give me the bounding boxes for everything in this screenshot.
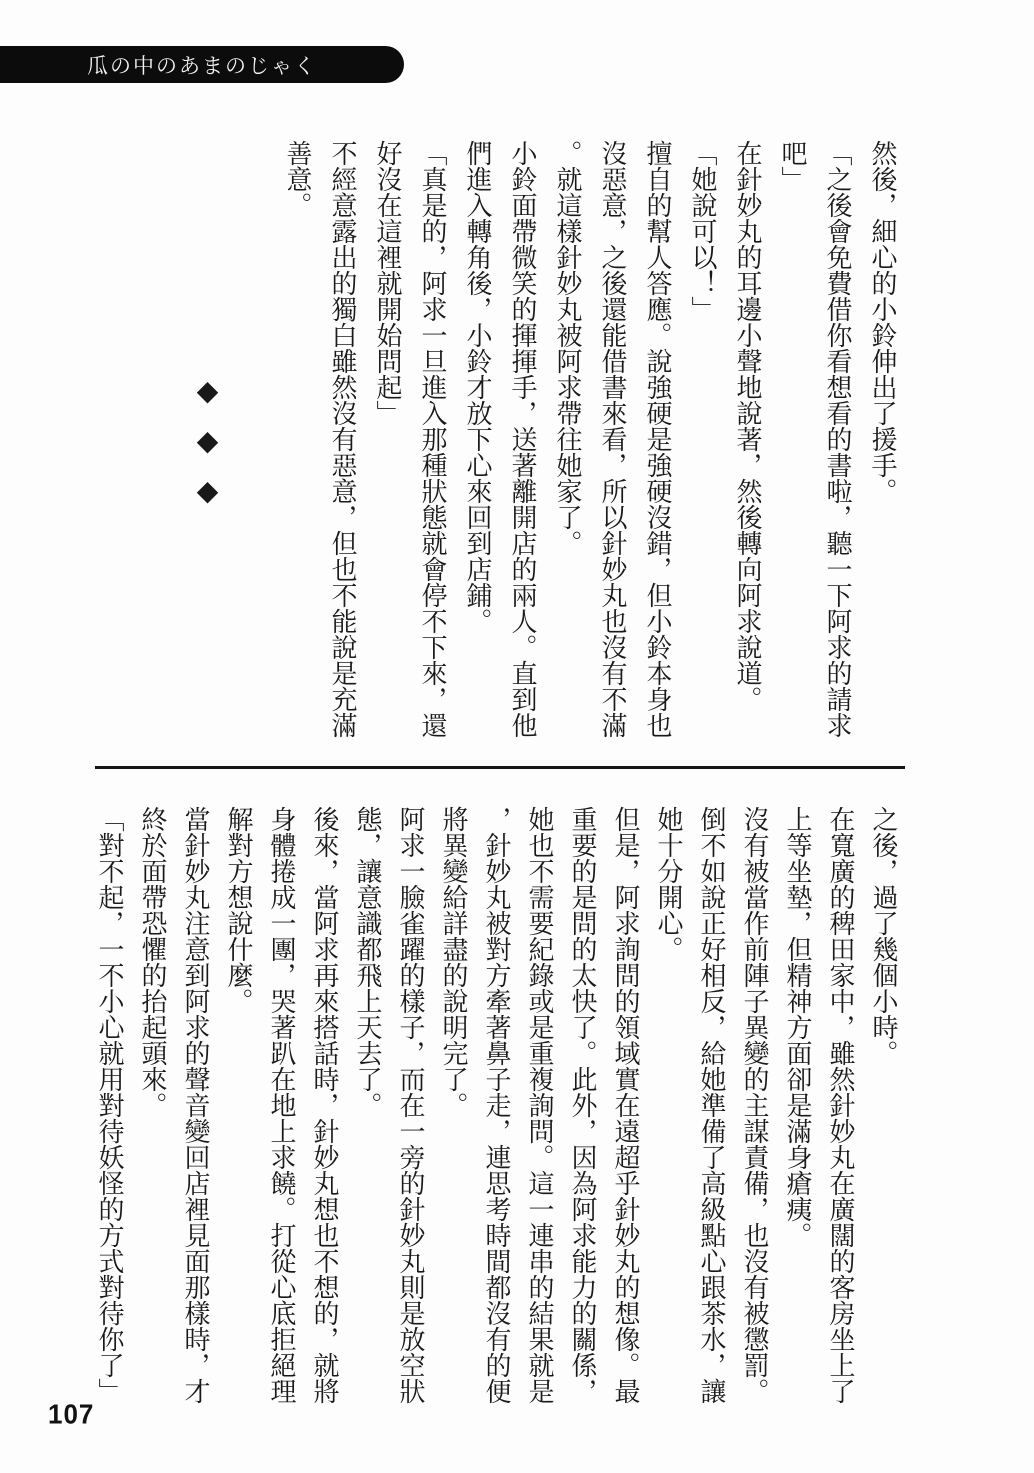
paragraph: 當針妙丸注意到阿求的聲音變回店裡見面那樣時，才終於面帶恐懼的抬起頭來。 [131,806,217,1412]
paragraph: 之後，過了幾個小時。 [862,806,905,1412]
paragraph: 但是，阿求詢問的領域實在遠超乎針妙丸的想像。最重要的是問的太快了。此外，因為阿求… [432,806,647,1412]
paragraph: 小鈴面帶微笑的揮揮手，送著離開店的兩人。直到他們進入轉角後，小鈴才放下心來回到店… [455,140,545,746]
paragraph-dialogue: 「對不起，一不小心就用對待妖怪的方式對待你了」 [88,806,131,1412]
paragraph: 後來，當阿求再來搭話時，針妙丸想也不想的，就將身體捲成一團，哭著趴在地上求饒。打… [217,806,346,1412]
paragraph-dialogue: 「她說可以！」 [680,140,725,746]
paragraph: 阿求一臉雀躍的樣子，而在一旁的針妙丸則是放空狀態，讓意識都飛上天去了。 [346,806,432,1412]
scene-divider-diamonds: ◆◆◆ [185,140,230,746]
section-bottom-text: 之後，過了幾個小時。在寬廣的稗田家中，雖然針妙丸在廣闊的客房坐上了上等坐墊，但精… [88,806,905,1412]
paragraph: 沒有被當作前陣子異變的主謀責備，也沒有被懲罰。倒不如說正好相反，給她準備了高級點… [647,806,776,1412]
section-top-text: 然後，細心的小鈴伸出了援手。「之後會免費借你看想看的書啦，聽一下阿求的請求吧」在… [185,140,905,746]
paragraph: 在寬廣的稗田家中，雖然針妙丸在廣闊的客房坐上了上等坐墊，但精神方面卻是滿身瘡痍。 [776,806,862,1412]
paragraph: 擅自的幫人答應。說強硬是強硬沒錯，但小鈴本身也沒惡意，之後還能借書來看，所以針妙… [545,140,680,746]
book-page: 瓜の中のあまのじゃく 然後，細心的小鈴伸出了援手。「之後會免費借你看想看的書啦，… [0,0,1034,1473]
section-separator-rule [95,766,905,769]
paragraph-dialogue: 「之後會免費借你看想看的書啦，聽一下阿求的請求吧」 [770,140,860,746]
paragraph-dialogue: 「真是的，阿求一旦進入那種狀態就會停不下來，還好沒在這裡就開始問起」 [365,140,455,746]
page-number: 107 [48,1398,94,1431]
paragraph: 在針妙丸的耳邊小聲地說著，然後轉向阿求說道。 [725,140,770,746]
chapter-title-bar: 瓜の中のあまのじゃく [0,46,404,83]
paragraph: 然後，細心的小鈴伸出了援手。 [860,140,905,746]
paragraph: 不經意露出的獨白雖然沒有惡意，但也不能說是充滿善意。 [275,140,365,746]
chapter-title: 瓜の中のあまのじゃく [87,50,317,80]
